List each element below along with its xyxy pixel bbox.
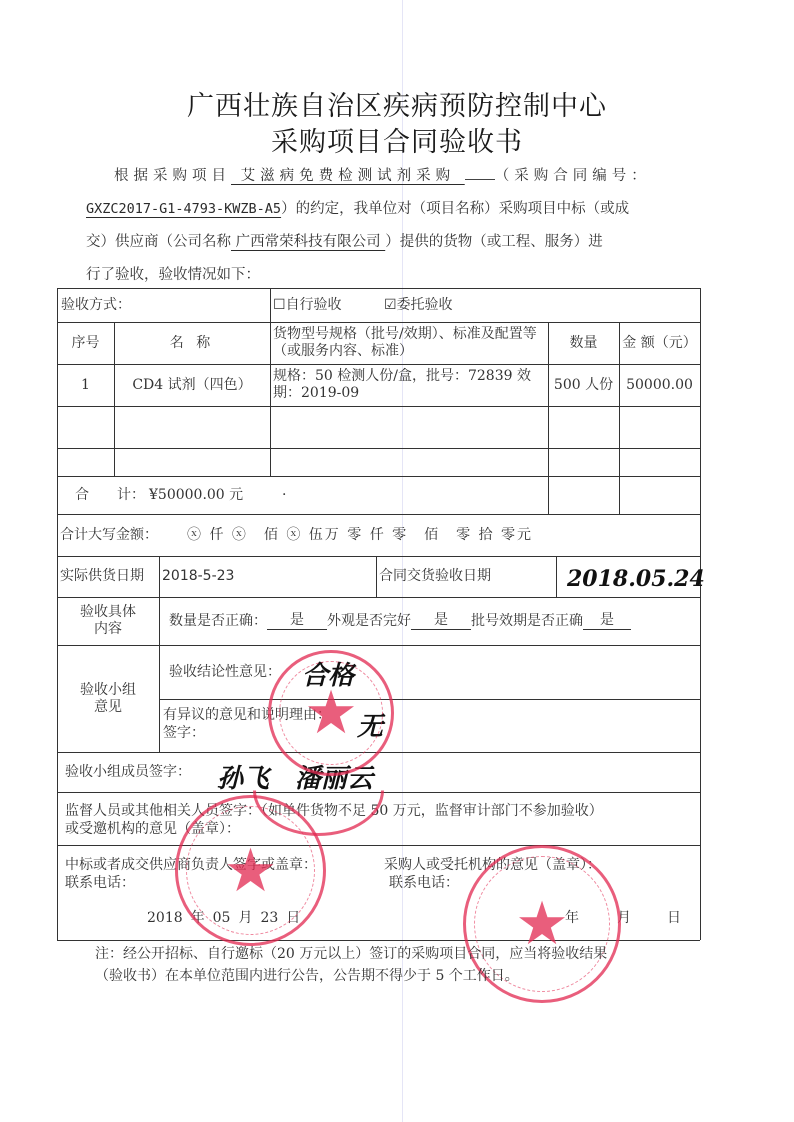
answer-qty-correct: 是 <box>267 612 327 630</box>
contract-date-label: 合同交货验收日期 <box>379 556 491 597</box>
buyer-phone-label: 联系电话： <box>389 874 459 892</box>
objection-label: 有异议的意见和说明理由： <box>163 706 331 724</box>
supplier-sign-date: 2018年 05月 23日 <box>147 906 300 930</box>
intro-line-3: 交）供应商（公司名称 广西常荣科技有限公司 ）提供的货物（或工程、服务）进 <box>86 226 603 259</box>
actual-supply-date-label: 实际供货日期 <box>60 556 144 597</box>
conclusion-label: 验收结论性意见： <box>169 645 281 699</box>
header-name: 名 称 <box>114 322 270 364</box>
supervision-text-1: 监督人员或其他相关人员签字：（如单件货物不足 50 万元，监督审计部门不参加验收… <box>65 802 603 820</box>
footnote: 注：经公开招标、自行邀标（20 万元以上）签订的采购项目合同，应当将验收结果 （… <box>95 943 715 987</box>
org-title: 广西壮族自治区疾病预防控制中心 <box>0 84 794 123</box>
answer-batch-correct: 是 <box>583 612 631 630</box>
acceptance-method-label: 验收方式： <box>61 288 131 322</box>
members-signatures: 孙飞 潘丽云 <box>217 758 373 795</box>
document-title: 采购项目合同验收书 <box>0 120 794 159</box>
total-value: ¥50000.00 元 <box>149 476 243 514</box>
uppercase-total-label: 合计大写金额： <box>60 514 158 556</box>
content-check-row: 数量是否正确： 是 外观是否完好 是 批号效期是否正确 是 <box>169 597 631 645</box>
header-no: 序号 <box>57 322 114 364</box>
members-sign-label: 验收小组成员签字： <box>65 752 191 792</box>
option-entrusted-acceptance[interactable]: ☑ 委托验收 <box>384 288 453 322</box>
row-1-spec: 规格：50 检测人份/盒，批号：72839 效期：2019-09 <box>273 364 547 406</box>
project-name: 艾滋病免费检测试剂采购 <box>231 168 465 184</box>
objection-sign-label: 签字： <box>163 724 205 742</box>
contract-date-handwritten: 2018.05.24 <box>567 566 705 592</box>
supplier-phone-label: 联系电话： <box>65 874 135 892</box>
content-check-label: 验收具体内容 <box>57 597 159 645</box>
row-1-no: 1 <box>57 364 114 406</box>
checkbox-unchecked-icon[interactable]: ☐ <box>273 297 286 314</box>
uppercase-total-value: ⓧ 仟 ⓧ 佰 ⓧ 伍万 零 仟 零 佰 零 拾 零元 <box>187 514 533 556</box>
row-1-name: CD4 试剂（四色） <box>114 364 270 406</box>
supplier-name: 广西常荣科技有限公司 <box>231 234 385 250</box>
header-spec: 货物型号规格（批号/效期）、标准及配置等（或服务内容、标准） <box>273 322 547 364</box>
row-1-amount: 50000.00 <box>619 364 700 406</box>
row-1-qty: 500 人份 <box>548 364 619 406</box>
total-label: 合 计： <box>75 476 145 514</box>
contract-number: GXZC2017-G1-4793-KWZB-A5 <box>86 201 281 217</box>
conclusion-handwritten: 合格 <box>302 655 354 692</box>
intro-line-2: GXZC2017-G1-4793-KWZB-A5）的约定，我单位对（项目名称）采… <box>86 193 629 226</box>
answer-appearance-ok: 是 <box>411 612 471 630</box>
header-amount: 金 额（元） <box>619 322 700 364</box>
objection-handwritten: 无 <box>357 706 383 743</box>
header-qty: 数量 <box>548 322 619 364</box>
group-opinion-label: 验收小组意见 <box>57 645 159 752</box>
option-self-acceptance[interactable]: ☐ 自行验收 <box>273 288 342 322</box>
supervision-text-2: 或受邀机构的意见（盖章）： <box>65 820 240 838</box>
intro-line-1: 根据采购项目 艾滋病免费检测试剂采购 （采购合同编号： <box>114 160 651 193</box>
actual-supply-date-value: 2018-5-23 <box>162 556 234 597</box>
buyer-sign-label: 采购人或受托机构的意见（盖章）： <box>384 856 601 874</box>
acceptance-form-table: 验收方式： ☐ 自行验收 ☑ 委托验收 序号 名 称 货物型号规格（批号/效期）… <box>57 288 700 940</box>
supplier-sign-label: 中标或者成交供应商负责人签字或盖章： <box>65 856 317 874</box>
checkbox-checked-icon[interactable]: ☑ <box>384 297 397 314</box>
